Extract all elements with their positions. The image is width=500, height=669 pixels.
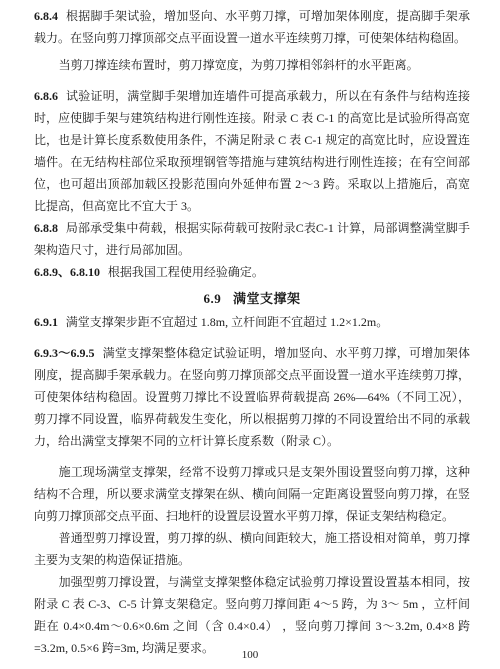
paragraph-text: 施工现场满堂支撑架，经常不设剪刀撑或只是支架外围设置竖向剪刀撑，这种结构不合理，… [34,465,470,523]
section-number-6-9-1: 6.9.1 [34,315,58,329]
heading-title: 满堂支撑架 [233,291,301,306]
section-text-6-8-6: 试验证明，满堂脚手架增加连墙件可提高承载力，所以在有条件与结构连接时，应使脚手架… [34,89,470,213]
page-number: 100 [0,648,500,662]
document-page: 6.8.4根据脚手架试验，增加竖向、水平剪刀撑，可增加架体刚度，提高脚手架承载力… [0,0,500,669]
section-text-6-9-3-5: 满堂支撑架整体稳定试验证明，增加竖向、水平剪刀撑，可增加架体刚度，提高脚手架承载… [34,346,470,448]
paragraph-text: 普通型剪刀撑设置，剪刀撑的纵、横向间距较大，施工搭设相对简单，剪刀撑主要为支架的… [34,531,470,567]
section-6-8-6: 6.8.6试验证明，满堂脚手架增加连墙件可提高承载力，所以在有条件与结构连接时，… [34,85,470,217]
section-6-9-1: 6.9.1满堂支撑架步距不宜超过 1.8m, 立杆间距不宜超过 1.2×1.2m… [34,311,470,333]
section-number-6-8-9-10: 6.8.9、6.8.10 [34,265,100,279]
paragraph-strong-brace: 加强型剪刀撑设置，与满堂支撑架整体稳定试验剪刀撑设置设置基本相同，按附录 C 表… [34,571,470,659]
paragraph-text: 加强型剪刀撑设置，与满堂支撑架整体稳定试验剪刀撑设置设置基本相同，按附录 C 表… [34,575,470,655]
section-6-8-9-10: 6.8.9、6.8.10根据我国工程使用经验确定。 [34,261,470,283]
section-6-9-3-5: 6.9.3～6.9.5满堂支撑架整体稳定试验证明，增加竖向、水平剪刀撑，可增加架… [34,342,470,452]
paragraph-shear-brace-width: 当剪刀撑连续布置时，剪刀撑宽度，为剪刀撑相邻斜杆的水平距离。 [34,54,470,76]
paragraph-ordinary-brace: 普通型剪刀撑设置，剪刀撑的纵、横向间距较大，施工搭设相对简单，剪刀撑主要为支架的… [34,527,470,571]
section-6-8-4: 6.8.4根据脚手架试验，增加竖向、水平剪刀撑，可增加架体刚度，提高脚手架承载力… [34,5,470,49]
section-text-6-8-4: 根据脚手架试验，增加竖向、水平剪刀撑，可增加架体刚度，提高脚手架承载力。在竖向剪… [34,9,470,45]
section-text-6-9-1: 满堂支撑架步距不宜超过 1.8m, 立杆间距不宜超过 1.2×1.2m。 [66,315,388,329]
paragraph-text: 当剪刀撑连续布置时，剪刀撑宽度，为剪刀撑相邻斜杆的水平距离。 [59,58,419,72]
section-number-6-8-6: 6.8.6 [34,89,58,103]
section-heading-6-9: 6.9满堂支撑架 [34,288,470,310]
heading-number: 6.9 [204,291,222,306]
paragraph-site-practice: 施工现场满堂支撑架，经常不设剪刀撑或只是支架外围设置竖向剪刀撑，这种结构不合理，… [34,461,470,527]
section-number-6-8-4: 6.8.4 [34,9,58,23]
section-number-6-8-8: 6.8.8 [34,221,58,235]
section-6-8-8: 6.8.8局部承受集中荷载，根据实际荷载可按附录C表C-1 计算，局部调整满堂脚… [34,217,470,261]
section-text-6-8-9-10: 根据我国工程使用经验确定。 [108,265,264,279]
section-number-6-9-3-5: 6.9.3～6.9.5 [34,346,95,360]
section-text-6-8-8: 局部承受集中荷载，根据实际荷载可按附录C表C-1 计算，局部调整满堂脚手架构造尺… [34,221,470,257]
